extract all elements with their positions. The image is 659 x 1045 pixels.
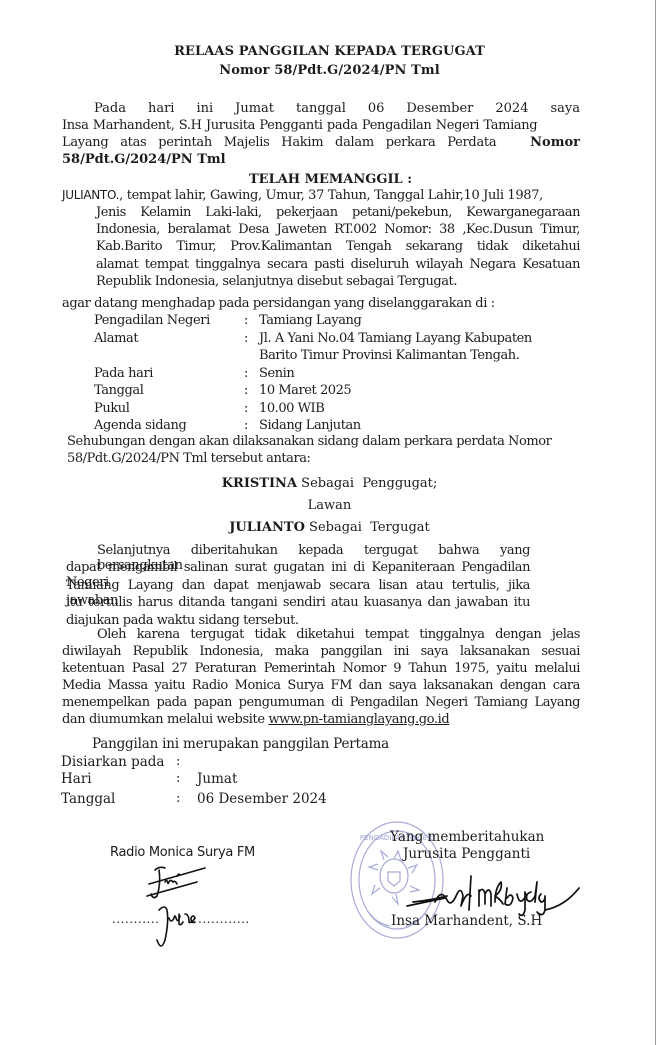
hearing-colon: :: [244, 366, 248, 381]
defendant-detail-line: Jenis Kelamin Laki-laki, pekerjaan petan…: [96, 205, 580, 220]
parties-intro-line-2: 58/Pdt.G/2024/PN Tml tersebut antara:: [67, 451, 310, 466]
plaintiff-role: Sebagai Penggugat;: [297, 476, 437, 491]
media-line: diwilayah Republik Indonesia, maka pangg…: [62, 644, 580, 659]
hearing-value: Jl. A Yani No.04 Tamiang Layang Kabupate…: [259, 331, 532, 346]
broadcast-row-colon: :: [176, 791, 180, 806]
defendant-detail-line: Indonesia, beralamat Desa Jaweten RT.002…: [96, 222, 580, 237]
notifier-title: Yang memberitahukan: [390, 829, 544, 845]
broadcast-row-label: Hari: [61, 771, 92, 787]
defendant-line: JULIANTO Sebagai Tergugat: [0, 520, 659, 535]
defendant-line-1: JULIANTO., tempat lahir, Gawing, Umur, 3…: [62, 188, 543, 203]
intro-line-3-text: Layang atas perintah Majelis Hakim dalam…: [62, 135, 496, 150]
bailiff-name: Insa Marhandent, S.H: [391, 913, 542, 929]
hearing-colon: :: [244, 313, 248, 328]
case-number-inline: 58/Pdt.G/2024/PN Tml: [62, 152, 226, 167]
intro-word: Desember: [406, 101, 473, 116]
hearing-label: Tanggal: [94, 383, 144, 398]
hearing-value-cont: Barito Timur Provinsi Kalimantan Tengah.: [259, 348, 519, 363]
broadcast-row-value: 06 Desember 2024: [197, 791, 327, 807]
radio-station-title: Radio Monica Surya FM: [110, 845, 255, 860]
defendant-name: JULIANTO.: [62, 188, 119, 202]
defendant-detail-line: Kab.Barito Timur, Prov.Kalimantan Tengah…: [96, 239, 580, 254]
intro-word: saya: [550, 101, 580, 116]
hearing-colon: :: [244, 383, 248, 398]
hearing-colon: :: [244, 418, 248, 433]
notice-line: itu tertulis harus ditanda tangani sendi…: [66, 595, 530, 610]
hearing-label: Alamat: [94, 331, 138, 346]
defendant-line-1-text: , tempat lahir, Gawing, Umur, 37 Tahun, …: [119, 188, 543, 203]
defendant-detail-line: Republik Indonesia, selanjutnya disebut …: [96, 274, 580, 289]
hearing-intro: agar datang menghadap pada persidangan y…: [62, 296, 495, 311]
media-last-line-text: dan diumumkan melalui website: [62, 712, 268, 727]
plaintiff-line: KRISTINA Sebagai Penggugat;: [0, 476, 659, 491]
parties-intro-line-1: Sehubungan dengan akan dilaksanakan sida…: [67, 434, 551, 449]
intro-line-4: 58/Pdt.G/2024/PN Tml: [62, 152, 226, 167]
media-line: Oleh karena tergugat tidak diketahui tem…: [97, 627, 580, 642]
media-line: menempelkan pada papan pengumuman di Pen…: [62, 695, 580, 710]
hearing-label: Pada hari: [94, 366, 153, 381]
hearing-value: Senin: [259, 366, 294, 381]
defendant-party-name: JULIANTO: [229, 520, 305, 535]
website-link[interactable]: www.pn-tamianglayang.go.id: [268, 712, 449, 727]
intro-word: tanggal: [296, 101, 346, 116]
media-line: ketentuan Pasal 27 Peraturan Pemerintah …: [62, 661, 580, 676]
hearing-colon: :: [244, 331, 248, 346]
notifier-role: Jurusita Pengganti: [403, 846, 530, 862]
hearing-value: 10.00 WIB: [259, 401, 324, 416]
summons-type-note: Panggilan ini merupakan panggilan Pertam…: [92, 736, 389, 752]
intro-word: hari: [148, 101, 175, 116]
media-line: Media Massa yaitu Radio Monica Surya FM …: [62, 678, 580, 693]
hearing-label: Agenda sidang: [94, 418, 186, 433]
intro-word: 06: [368, 101, 385, 116]
broadcast-colon: :: [176, 754, 180, 769]
hearing-label: Pukul: [94, 401, 130, 416]
broadcast-row-label: Tanggal: [61, 791, 115, 807]
broadcast-row-colon: :: [176, 771, 180, 786]
intro-line-2: Insa Marhandent, S.H Jurusita Pengganti …: [62, 118, 537, 133]
defendant-role: Sebagai Tergugat: [305, 520, 430, 535]
intro-word: 2024: [495, 101, 528, 116]
case-number-heading: Nomor 58/Pdt.G/2024/PN Tml: [0, 63, 659, 78]
intro-word: ini: [196, 101, 213, 116]
intro-line-1: PadahariiniJumattanggal06Desember2024say…: [94, 101, 580, 116]
radio-signature-line-right: ............: [198, 912, 250, 926]
broadcast-label: Disiarkan pada: [61, 754, 165, 770]
hearing-label: Pengadilan Negeri: [94, 313, 210, 328]
document-title: RELAAS PANGGILAN KEPADA TERGUGAT: [0, 44, 659, 59]
radio-signature-line-left: ...........: [112, 912, 159, 926]
intro-word: Pada: [94, 101, 126, 116]
defendant-detail-line: alamat tempat tinggalnya secara pasti di…: [96, 257, 580, 272]
notice-line: diajukan pada waktu sidang tersebut.: [66, 613, 530, 628]
hearing-value: Sidang Lanjutan: [259, 418, 361, 433]
media-last-line: dan diumumkan melalui website www.pn-tam…: [62, 712, 449, 727]
radio-signature-icon: [145, 862, 215, 954]
hearing-colon: :: [244, 401, 248, 416]
plaintiff-name: KRISTINA: [222, 476, 297, 491]
intro-word: Jumat: [235, 101, 274, 116]
hearing-value: 10 Maret 2025: [259, 383, 351, 398]
intro-line-3-bold: Nomor: [530, 135, 580, 150]
summons-heading: TELAH MEMANGGIL :: [249, 172, 412, 187]
hearing-value: Tamiang Layang: [259, 313, 361, 328]
versus-label: Lawan: [0, 498, 659, 513]
intro-line-3: Layang atas perintah Majelis Hakim dalam…: [62, 135, 580, 150]
broadcast-row-value: Jumat: [197, 771, 237, 787]
